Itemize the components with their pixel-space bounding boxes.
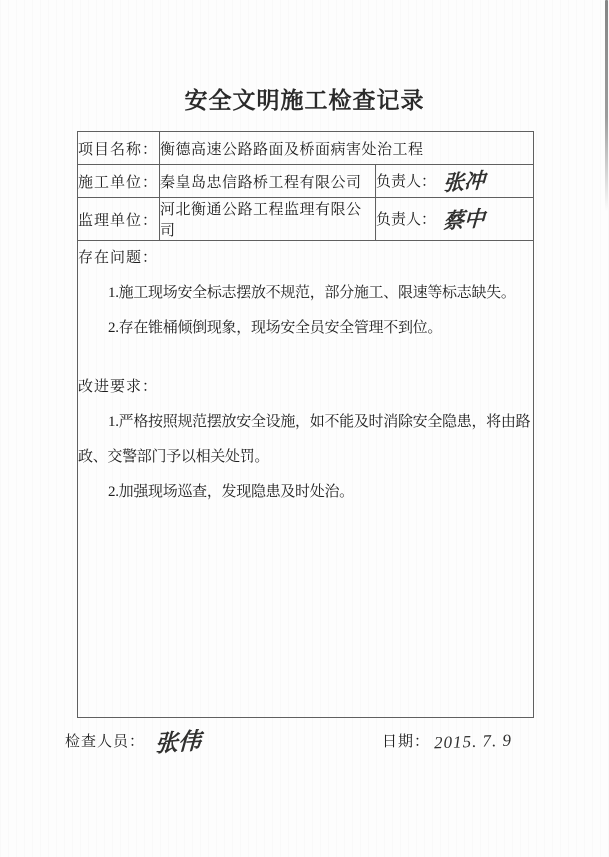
inspection-content-cell: 存在问题： 1.施工现场安全标志摆放不规范，部分施工、限速等标志缺失。 2.存在… — [78, 241, 534, 718]
improvement-item-1: 1.严格按照规范摆放安全设施，如不能及时消除安全隐患，将由路政、交警部门予以相关… — [78, 405, 533, 475]
table-row-supervisor: 监理单位： 河北衡通公路工程监理有限公司 负责人：蔡中 — [78, 198, 534, 241]
footer: 检查人员： 张伟 日期： 2015. 7. 9 — [65, 731, 512, 754]
date-group: 日期： 2015. 7. 9 — [382, 731, 512, 753]
inspector-signature: 张伟 — [155, 729, 202, 755]
document-title: 安全文明施工检查记录 — [0, 82, 609, 115]
contractor-person-label: 负责人： — [376, 174, 436, 190]
contractor-value: 秦皇岛忠信路桥工程有限公司 — [160, 165, 376, 198]
supervisor-label: 监理单位： — [78, 198, 160, 241]
problem-item-2: 2.存在锥桶倾倒现象，现场安全员安全管理不到位。 — [78, 311, 533, 346]
date-label: 日期： — [382, 731, 430, 753]
info-table: 项目名称： 衡德高速公路路面及桥面病害处治工程 施工单位： 秦皇岛忠信路桥工程有… — [77, 131, 534, 718]
contractor-person-cell: 负责人：张冲 — [376, 165, 534, 198]
supervisor-value: 河北衡通公路工程监理有限公司 — [160, 198, 376, 241]
table-row-content: 存在问题： 1.施工现场安全标志摆放不规范，部分施工、限速等标志缺失。 2.存在… — [78, 241, 534, 718]
inspector-label: 检查人员： — [65, 731, 145, 753]
supervisor-signature: 蔡中 — [443, 208, 486, 232]
project-name-label: 项目名称： — [78, 132, 160, 165]
improvement-item-2: 2.加强现场巡查，发现隐患及时处治。 — [78, 475, 533, 510]
problem-item-1: 1.施工现场安全标志摆放不规范，部分施工、限速等标志缺失。 — [78, 276, 533, 311]
date-value: 2015. 7. 9 — [434, 732, 513, 752]
contractor-label: 施工单位： — [78, 165, 160, 198]
table-row-contractor: 施工单位： 秦皇岛忠信路桥工程有限公司 负责人：张冲 — [78, 165, 534, 198]
problems-heading: 存在问题： — [78, 241, 533, 276]
project-name-value: 衡德高速公路路面及桥面病害处治工程 — [160, 132, 534, 165]
contractor-signature: 张冲 — [443, 170, 486, 194]
document-page: 安全文明施工检查记录 项目名称： 衡德高速公路路面及桥面病害处治工程 施工单位：… — [0, 0, 609, 857]
table-row-project: 项目名称： 衡德高速公路路面及桥面病害处治工程 — [78, 132, 534, 165]
supervisor-person-cell: 负责人：蔡中 — [376, 198, 534, 241]
section-gap — [78, 346, 533, 370]
improvements-heading: 改进要求： — [78, 370, 533, 405]
supervisor-person-label: 负责人： — [376, 212, 436, 228]
inspector-group: 检查人员： 张伟 — [65, 731, 201, 754]
